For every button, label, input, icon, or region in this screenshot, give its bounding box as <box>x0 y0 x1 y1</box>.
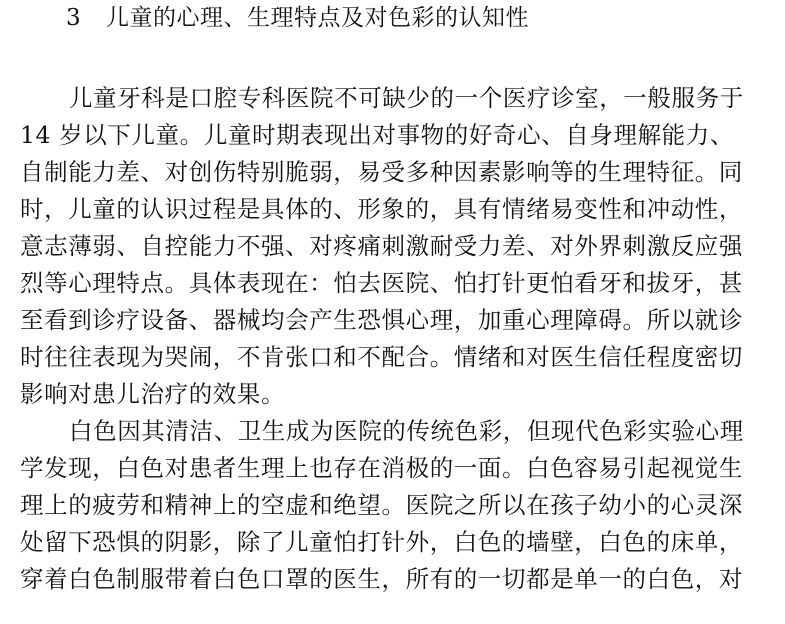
text-line: 理上的疲劳和精神上的空虚和绝望。医院之所以在孩子幼小的心灵深 <box>20 487 760 524</box>
text-line: 至看到诊疗设备、器械均会产生恐惧心理，加重心理障碍。所以就诊 <box>20 302 760 339</box>
text-line: 14 岁以下儿童。儿童时期表现出对事物的好奇心、自身理解能力、 <box>20 117 760 154</box>
text-line: 学发现，白色对患者生理上也存在消极的一面。白色容易引起视觉生 <box>20 450 760 487</box>
paragraph-2: 白色因其清洁、卫生成为医院的传统色彩，但现代色彩实验心理 学发现，白色对患者生理… <box>20 413 760 598</box>
document-body: 儿童牙科是口腔专科医院不可缺少的一个医疗诊室，一般服务于 14 岁以下儿童。儿童… <box>20 80 760 598</box>
text-line: 影响对患儿治疗的效果。 <box>20 376 760 413</box>
section-number: 3 <box>66 2 106 34</box>
paragraph-1: 儿童牙科是口腔专科医院不可缺少的一个医疗诊室，一般服务于 14 岁以下儿童。儿童… <box>20 80 760 413</box>
text-line: 时往往表现为哭闹，不肯张口和不配合。情绪和对医生信任程度密切 <box>20 339 760 376</box>
section-heading: 3儿童的心理、生理特点及对色彩的认知性 <box>66 2 529 34</box>
text-line: 自制能力差、对创伤特别脆弱，易受多种因素影响等的生理特征。同 <box>20 154 760 191</box>
text-line: 意志薄弱、自控能力不强、对疼痛刺激耐受力差、对外界刺激反应强 <box>20 228 760 265</box>
text-line: 时，儿童的认识过程是具体的、形象的，具有情绪易变性和冲动性， <box>20 191 760 228</box>
text-line: 烈等心理特点。具体表现在：怕去医院、怕打针更怕看牙和拔牙，甚 <box>20 265 760 302</box>
text-line: 处留下恐惧的阴影，除了儿童怕打针外，白色的墙壁，白色的床单， <box>20 524 760 561</box>
text-line: 穿着白色制服带着白色口罩的医生，所有的一切都是单一的白色，对 <box>20 561 760 598</box>
text-line: 白色因其清洁、卫生成为医院的传统色彩，但现代色彩实验心理 <box>20 413 760 450</box>
section-title: 儿童的心理、生理特点及对色彩的认知性 <box>106 5 529 31</box>
text-line: 儿童牙科是口腔专科医院不可缺少的一个医疗诊室，一般服务于 <box>20 80 760 117</box>
